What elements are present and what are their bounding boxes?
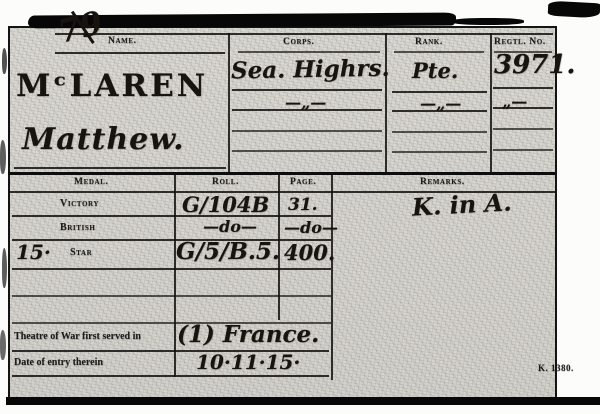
medal-row-label: Victory bbox=[60, 198, 99, 209]
divider bbox=[228, 33, 230, 172]
scan-noise bbox=[2, 248, 7, 288]
rank-value: Pte. bbox=[412, 58, 458, 83]
scan-noise bbox=[0, 330, 6, 360]
theatre-value: (1) France. bbox=[177, 321, 319, 348]
rule-line bbox=[12, 215, 331, 217]
rule-line bbox=[55, 33, 553, 35]
medal-header: Medal. bbox=[74, 177, 108, 187]
rule-line bbox=[493, 87, 553, 89]
scan-artifact-bottom bbox=[6, 397, 600, 405]
print-code: K. 1380. bbox=[538, 363, 574, 373]
date-entry-value: 10·11·15· bbox=[196, 350, 300, 374]
rule-line bbox=[392, 151, 487, 153]
heavy-rule bbox=[8, 172, 555, 175]
rule-line bbox=[55, 52, 225, 54]
medal-row-label: Star bbox=[70, 247, 92, 258]
corps-label: Corps. bbox=[283, 37, 315, 47]
roll-value: G/104B bbox=[182, 192, 269, 217]
rule-line bbox=[12, 375, 329, 377]
surname-value: MᶜLAREN bbox=[16, 68, 208, 104]
page-header: Page. bbox=[290, 177, 316, 187]
rule-line bbox=[392, 131, 487, 133]
rule-line bbox=[392, 91, 487, 93]
rule-line bbox=[12, 295, 331, 297]
scan-noise bbox=[0, 140, 6, 174]
rank-label: Rank. bbox=[415, 37, 443, 47]
remarks-value: K. in A. bbox=[411, 187, 512, 221]
page-value: 31. bbox=[288, 195, 318, 215]
rule-line bbox=[232, 130, 382, 132]
rule-line bbox=[12, 268, 331, 270]
date-entry-label: Date of entry therein bbox=[14, 357, 103, 368]
theatre-label: Theatre of War first served in bbox=[14, 331, 141, 342]
rule-line bbox=[232, 89, 382, 91]
name-label: Name. bbox=[108, 36, 137, 46]
corps-value: Sea. Highrs. bbox=[231, 55, 390, 85]
scan-artifact-top-right bbox=[548, 1, 600, 19]
rule-line bbox=[493, 149, 553, 151]
regtl-no-value: 3971. bbox=[494, 50, 575, 80]
regtl-no-label: Regtl. No. bbox=[494, 37, 546, 47]
page-value: 400. bbox=[284, 240, 335, 265]
rule-line bbox=[493, 128, 553, 130]
roll-value: —do— bbox=[203, 217, 257, 236]
rule-line bbox=[232, 109, 382, 111]
forename-value: Matthew. bbox=[22, 122, 185, 157]
page-value: —do— bbox=[284, 218, 338, 237]
medal-index-card-scan: 79 Name. Corps. Rank. Regtl. No. Sea. Hi… bbox=[0, 0, 600, 414]
divider bbox=[331, 172, 333, 380]
medal-row-label: British bbox=[60, 222, 95, 233]
rule-line bbox=[392, 110, 487, 112]
rule-line bbox=[14, 167, 226, 169]
rule-line bbox=[238, 51, 380, 53]
rule-line bbox=[493, 107, 553, 109]
rule-line bbox=[232, 150, 382, 152]
roll-header: Roll. bbox=[212, 177, 239, 187]
medal-prefix-value: 15· bbox=[16, 240, 51, 264]
divider bbox=[490, 33, 492, 172]
scan-noise bbox=[2, 48, 7, 74]
scan-artifact-top2 bbox=[452, 18, 524, 25]
roll-value: G/5/B.5. bbox=[176, 238, 280, 265]
rule-line bbox=[394, 51, 484, 53]
divider bbox=[174, 172, 176, 377]
remarks-header: Remarks. bbox=[420, 177, 465, 187]
